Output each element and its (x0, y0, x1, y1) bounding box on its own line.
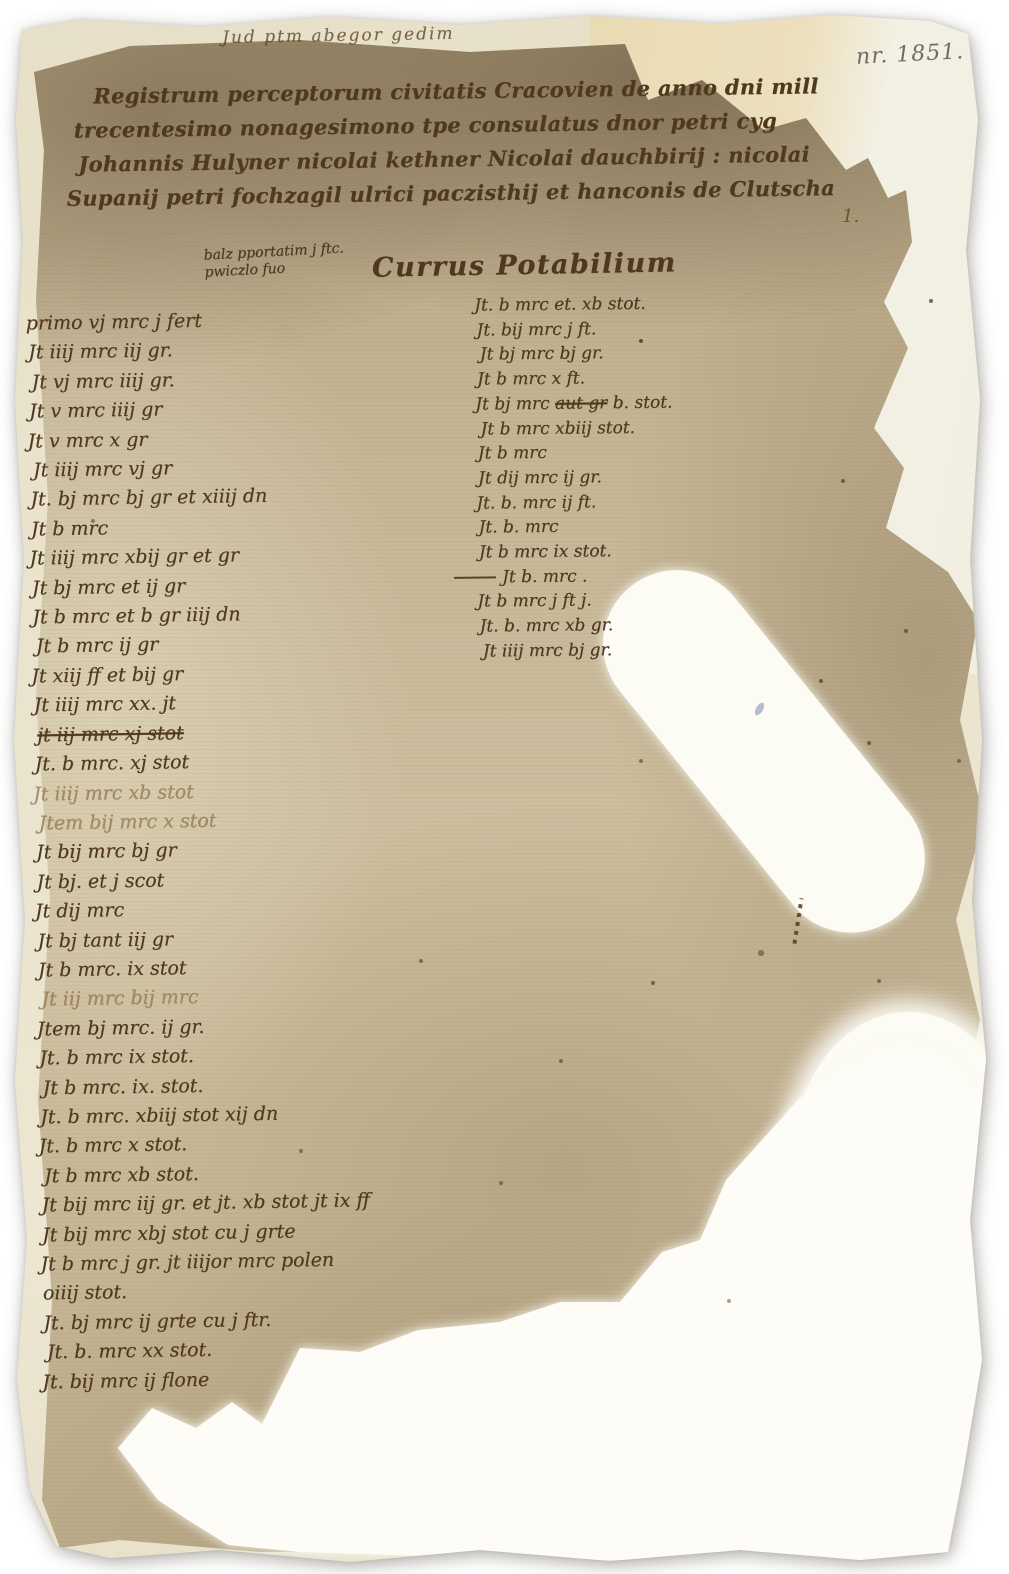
page-shadow-wrap: Jud ptm abegor gedim nr. 1851. Registrum… (0, 0, 1009, 1574)
ledger-right-column: Jt. b mrc et. xb stot.Jt. bij mrc j ft.J… (476, 290, 780, 664)
manuscript-scan: Jud ptm abegor gedim nr. 1851. Registrum… (0, 0, 1009, 1574)
ink-speckles (0, 0, 2, 2)
ledger-line: Jt. b mrc et. xb stot. (474, 290, 774, 318)
document-page: Jud ptm abegor gedim nr. 1851. Registrum… (0, 0, 1009, 1574)
ledger-line: Jt bj mrc bj gr. (480, 340, 780, 368)
ledger-left-column: primo vj mrc j fertJt iiij mrc iij gr.Jt… (27, 303, 484, 1398)
page-number: 1. (842, 206, 859, 227)
ledger-line: Jt bj mrc aut gr b. stot. (475, 389, 775, 417)
ledger-line: Jt dij mrc ij gr. (478, 463, 778, 491)
ledger-line: Jt b mrc xbiij stot. (480, 414, 780, 442)
horizontal-rule-mark (454, 577, 496, 579)
ledger-line: Jt. bij mrc j ft. (476, 315, 776, 343)
header-block: Registrum perceptorum civitatis Cracovie… (65, 68, 897, 216)
ledger-line: Jt b mrc x ft. (477, 365, 777, 393)
ledger-line: Jt b mrc (478, 439, 778, 467)
ledger-line: Jt b mrc ix stot. (479, 537, 779, 565)
ledger-line: Jt. b. mrc xb gr. (479, 612, 779, 640)
struck-words: aut gr (555, 393, 608, 414)
ledger-line: Jt. b. mrc (478, 513, 778, 541)
ledger-line: Jt. b. mrc ij ft. (476, 488, 776, 516)
ledger-line: Jt b mrc j ft j. (477, 587, 777, 615)
ledger-line: Jt iiij mrc bj gr. (483, 636, 783, 664)
ledger-line: Jt b. mrc . (482, 562, 782, 590)
section-title: Currus Potabilium (372, 247, 677, 283)
